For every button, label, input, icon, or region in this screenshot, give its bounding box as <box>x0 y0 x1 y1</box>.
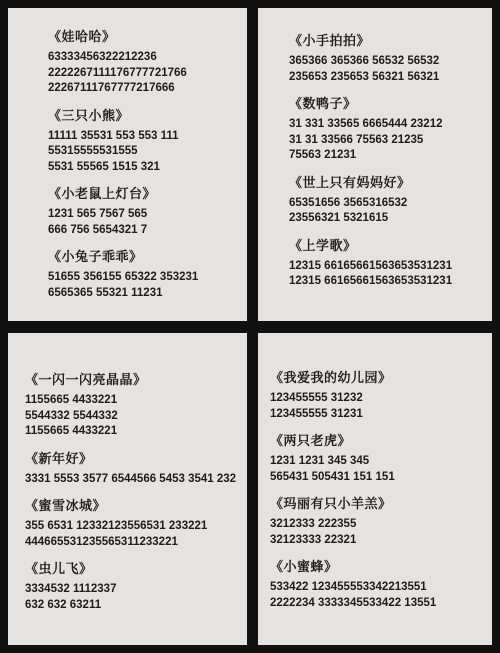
song-title: 《小蜜蜂》 <box>270 560 486 576</box>
song-block: 《两只老虎》1231 1231 345 345565431 505431 151… <box>270 434 486 485</box>
notation-line: 1231 1231 345 345 <box>270 454 486 470</box>
song-title: 《两只老虎》 <box>270 434 486 450</box>
song-block: 《世上只有妈妈好》65351656 356531653223556321 532… <box>289 176 486 227</box>
notation-line: 32123333 22321 <box>270 533 486 549</box>
song-title: 《新年好》 <box>25 452 241 468</box>
notation-line: 3212333 222355 <box>270 517 486 533</box>
notation-line: 235653 235653 56321 56321 <box>289 70 486 86</box>
notation-line: 11111 35531 553 553 111 <box>48 129 241 145</box>
song-block: 《一闪一闪亮晶晶》1155665 44332215544332 55443321… <box>25 373 241 440</box>
notation-line: 63333456322212236 <box>48 50 241 66</box>
song-title: 《蜜雪冰城》 <box>25 499 241 515</box>
notation-line: 6565365 55321 11231 <box>48 286 241 302</box>
song-title: 《一闪一闪亮晶晶》 <box>25 373 241 389</box>
notation-line: 3331 5553 3577 6544566 5453 3541 232 <box>25 472 241 488</box>
song-title: 《虫儿飞》 <box>25 562 241 578</box>
song-title: 《三只小熊》 <box>48 109 241 125</box>
notation-line: 5531 55565 1515 321 <box>48 160 241 176</box>
panel-top-left: 《娃哈哈》63333456322212236222226711117677772… <box>8 8 247 321</box>
notation-line: 1155665 4433221 <box>25 393 241 409</box>
notation-line: 75563 21231 <box>289 148 486 164</box>
song-block: 《娃哈哈》63333456322212236222226711117677772… <box>48 30 241 97</box>
notation-line: 5544332 5544332 <box>25 409 241 425</box>
song-title: 《我爱我的幼儿园》 <box>270 371 486 387</box>
song-title: 《小手拍拍》 <box>289 34 486 50</box>
panel-bottom-left: 《一闪一闪亮晶晶》1155665 44332215544332 55443321… <box>8 333 247 645</box>
notation-line: 565431 505431 151 151 <box>270 470 486 486</box>
notation-line: 1231 565 7567 565 <box>48 207 241 223</box>
notation-line: 12315 66165661563653531231 <box>289 259 486 275</box>
notation-line: 3334532 1112337 <box>25 582 241 598</box>
song-block: 《我爱我的幼儿园》123455555 31232123455555 31231 <box>270 371 486 422</box>
panel-bottom-right: 《我爱我的幼儿园》123455555 31232123455555 31231《… <box>258 333 492 645</box>
song-title: 《数鸭子》 <box>289 97 486 113</box>
notation-line: 65351656 3565316532 <box>289 196 486 212</box>
panel-top-right: 《小手拍拍》365366 365366 56532 56532235653 23… <box>258 8 492 321</box>
song-block: 《虫儿飞》3334532 1112337632 632 63211 <box>25 562 241 613</box>
song-title: 《玛丽有只小羊羔》 <box>270 497 486 513</box>
song-block: 《上学歌》12315 6616566156365353123112315 661… <box>289 239 486 290</box>
song-block: 《小蜜蜂》533422 1234555533422135512222234 33… <box>270 560 486 611</box>
notation-line: 444665531235565311233221 <box>25 535 241 551</box>
song-block: 《小手拍拍》365366 365366 56532 56532235653 23… <box>289 34 486 85</box>
song-block: 《数鸭子》31 331 33565 6665444 2321231 31 335… <box>289 97 486 164</box>
notation-line: 666 756 5654321 7 <box>48 223 241 239</box>
notation-line: 1155665 4433221 <box>25 424 241 440</box>
notation-line: 22267111767777217666 <box>48 81 241 97</box>
notation-line: 365366 365366 56532 56532 <box>289 54 486 70</box>
songbook-page: { "theme": { "background": "#111111", "p… <box>0 0 500 653</box>
notation-line: 632 632 63211 <box>25 598 241 614</box>
notation-line: 12315 66165661563653531231 <box>289 274 486 290</box>
song-title: 《世上只有妈妈好》 <box>289 176 486 192</box>
song-block: 《新年好》3331 5553 3577 6544566 5453 3541 23… <box>25 452 241 488</box>
notation-line: 23556321 5321615 <box>289 211 486 227</box>
notation-line: 123455555 31231 <box>270 407 486 423</box>
notation-line: 2222267111176777721766 <box>48 66 241 82</box>
song-title: 《上学歌》 <box>289 239 486 255</box>
notation-line: 31 31 33566 75563 21235 <box>289 133 486 149</box>
notation-line: 2222234 3333345533422 13551 <box>270 596 486 612</box>
song-block: 《玛丽有只小羊羔》3212333 22235532123333 22321 <box>270 497 486 548</box>
song-block: 《小兔子乖乖》51655 356155 65322 3532316565365 … <box>48 250 241 301</box>
notation-line: 55315555531555 <box>48 144 241 160</box>
notation-line: 533422 123455553342213551 <box>270 580 486 596</box>
song-block: 《蜜雪冰城》355 6531 12332123556531 2332214446… <box>25 499 241 550</box>
song-block: 《三只小熊》11111 35531 553 553 11155315555531… <box>48 109 241 176</box>
notation-line: 123455555 31232 <box>270 391 486 407</box>
notation-line: 31 331 33565 6665444 23212 <box>289 117 486 133</box>
song-title: 《小老鼠上灯台》 <box>48 187 241 203</box>
notation-line: 51655 356155 65322 353231 <box>48 270 241 286</box>
song-block: 《小老鼠上灯台》1231 565 7567 565666 756 5654321… <box>48 187 241 238</box>
notation-line: 355 6531 12332123556531 233221 <box>25 519 241 535</box>
song-title: 《小兔子乖乖》 <box>48 250 241 266</box>
song-title: 《娃哈哈》 <box>48 30 241 46</box>
